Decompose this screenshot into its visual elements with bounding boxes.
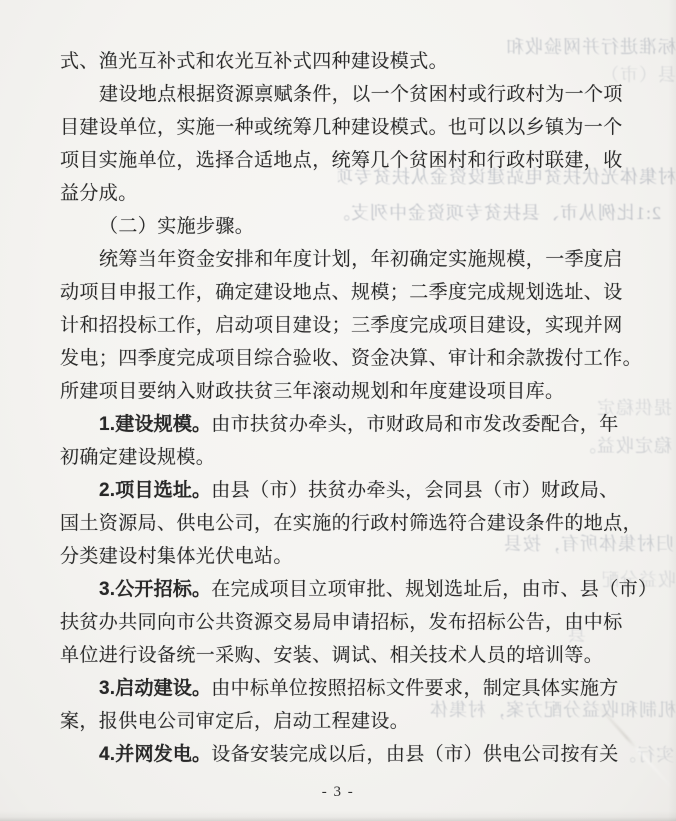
text-segment: 益分成。	[60, 183, 138, 204]
text-line: 4.并网发电。设备安装完成以后，由县（市）供电公司按有关	[60, 738, 622, 771]
text-line: 1.建设规模。由市扶贫办牵头，市财政局和市发改委配合，年	[60, 408, 622, 441]
text-line: 发电；四季度完成项目综合验收、资金决算、审计和余款拨付工作。	[60, 342, 622, 375]
text-segment: 式、渔光互补式和农光互补式四种建设模式。	[60, 51, 448, 72]
text-segment: 设备安装完成以后，由县（市）供电公司按有关	[211, 744, 618, 765]
text-segment: 国土资源局、供电公司，在实施的行政村筛选符合建设条件的地点，	[60, 513, 642, 534]
text-line: 建设地点根据资源禀赋条件，以一个贫困村或行政村为一个项	[60, 78, 622, 111]
text-line: （二）实施步骤。	[60, 210, 622, 243]
text-segment: 发电；四季度完成项目综合验收、资金决算、审计和余款拨付工作。	[60, 348, 642, 369]
text-line: 初确定建设规模。	[60, 441, 622, 474]
text-line: 扶贫办共同向市公共资源交易局申请招标，发布招标公告，由中标	[60, 606, 622, 639]
document-body: 式、渔光互补式和农光互补式四种建设模式。建设地点根据资源禀赋条件，以一个贫困村或…	[60, 45, 622, 771]
text-line: 目建设单位，实施一种或统筹几种建设模式。也可以以乡镇为一个	[60, 111, 622, 144]
text-segment: 由县（市）扶贫办牵头，会同县（市）财政局、	[211, 480, 618, 501]
text-line: 益分成。	[60, 177, 622, 210]
page-number: - 3 -	[0, 780, 676, 804]
text-line: 2.项目选址。由县（市）扶贫办牵头，会同县（市）财政局、	[60, 474, 622, 507]
text-segment: 目建设单位，实施一种或统筹几种建设模式。也可以以乡镇为一个	[60, 117, 623, 138]
text-segment: 建设地点根据资源禀赋条件，以一个贫困村或行政村为一个项	[99, 84, 623, 105]
text-line: 3.启动建设。由中标单位按照招标文件要求，制定具体实施方	[60, 672, 622, 705]
text-segment: 扶贫办共同向市公共资源交易局申请招标，发布招标公告，由中标	[60, 612, 623, 633]
text-segment: 由中标单位按照招标文件要求，制定具体实施方	[211, 678, 618, 699]
text-line: 3.公开招标。在完成项目立项审批、规划选址后，由市、县（市）	[60, 573, 622, 606]
text-segment: 4.并网发电。	[99, 744, 211, 765]
text-line: 分类建设村集体光伏电站。	[60, 540, 622, 573]
text-line: 所建项目要纳入财政扶贫三年滚动规划和年度建设项目库。	[60, 375, 622, 408]
text-segment: 动项目申报工作，确定建设地点、规模；二季度完成规划选址、设	[60, 282, 623, 303]
text-segment: 计和招投标工作，启动项目建设；三季度完成项目建设，实现并网	[60, 315, 623, 336]
text-segment: 2.项目选址。	[99, 480, 211, 501]
text-segment: 案，报供电公司审定后，启动工程建设。	[60, 711, 409, 732]
text-segment: 在完成项目立项审批、规划选址后，由市、县（市）	[211, 579, 657, 600]
text-line: 统筹当年资金安排和年度计划，年初确定实施规模，一季度启	[60, 243, 622, 276]
text-line: 单位进行设备统一采购、安装、调试、相关技术人员的培训等。	[60, 639, 622, 672]
scanned-page: 标准进行并网验收和县（市）村集体光伏扶贫电站建设资金从扶贫专项2:1比例从市、县…	[0, 0, 676, 821]
text-segment: 分类建设村集体光伏电站。	[60, 546, 293, 567]
text-segment: 项目实施单位，选择合适地点，统筹几个贫困村和行政村联建，收	[60, 150, 623, 171]
text-segment: 1.建设规模。	[99, 414, 211, 435]
text-segment: 初确定建设规模。	[60, 447, 215, 468]
text-segment: 3.公开招标。	[99, 579, 211, 600]
text-segment: 3.启动建设。	[99, 678, 211, 699]
text-segment: （二）实施步骤。	[99, 216, 254, 237]
text-segment: 统筹当年资金安排和年度计划，年初确定实施规模，一季度启	[99, 249, 623, 270]
text-line: 项目实施单位，选择合适地点，统筹几个贫困村和行政村联建，收	[60, 144, 622, 177]
text-segment: 所建项目要纳入财政扶贫三年滚动规划和年度建设项目库。	[60, 381, 564, 402]
text-line: 国土资源局、供电公司，在实施的行政村筛选符合建设条件的地点，	[60, 507, 622, 540]
text-line: 式、渔光互补式和农光互补式四种建设模式。	[60, 45, 622, 78]
text-segment: 由市扶贫办牵头，市财政局和市发改委配合，年	[211, 414, 618, 435]
text-segment: 单位进行设备统一采购、安装、调试、相关技术人员的培训等。	[60, 645, 603, 666]
text-line: 案，报供电公司审定后，启动工程建设。	[60, 705, 622, 738]
text-line: 动项目申报工作，确定建设地点、规模；二季度完成规划选址、设	[60, 276, 622, 309]
text-line: 计和招投标工作，启动项目建设；三季度完成项目建设，实现并网	[60, 309, 622, 342]
